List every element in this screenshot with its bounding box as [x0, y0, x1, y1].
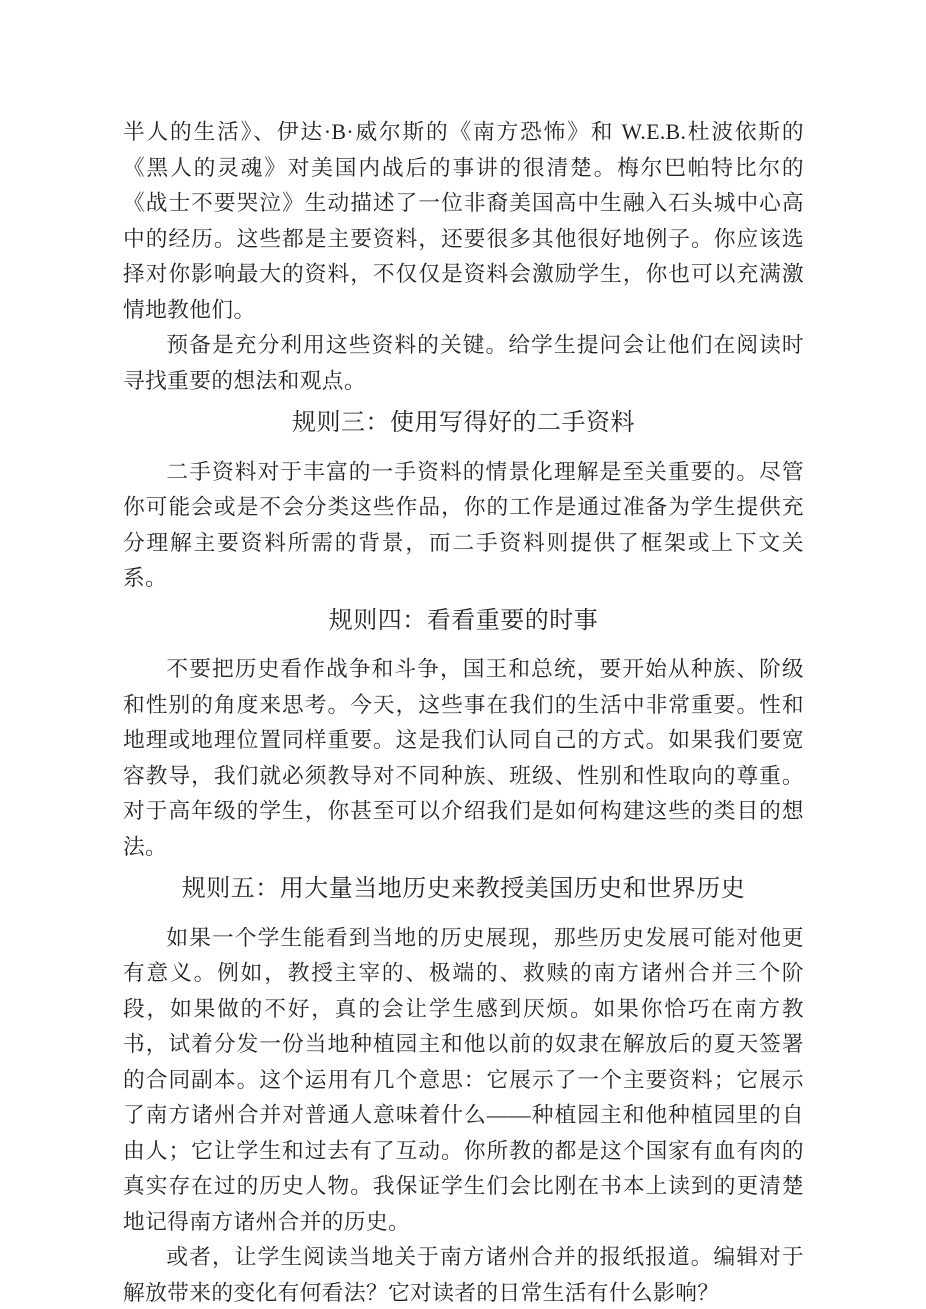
- heading-rule-three: 规则三：使用写得好的二手资料: [123, 406, 804, 442]
- paragraph-preparation: 预备是充分利用这些资料的关键。给学生提问会让他们在阅读时寻找重要的想法和观点。: [123, 328, 804, 399]
- document-page: 半人的生活》、伊达·B·威尔斯的《南方恐怖》和 W.E.B.杜波依斯的《黑人的灵…: [0, 0, 926, 1309]
- paragraph-current-events: 不要把历史看作战争和斗争，国王和总统，要开始从种族、阶级和性别的角度来思考。今天…: [123, 652, 804, 865]
- paragraph-continuation-primary-sources: 半人的生活》、伊达·B·威尔斯的《南方恐怖》和 W.E.B.杜波依斯的《黑人的灵…: [123, 115, 804, 328]
- paragraph-local-history: 如果一个学生能看到当地的历史展现，那些历史发展可能对他更有意义。例如，教授主宰的…: [123, 921, 804, 1241]
- heading-rule-five: 规则五：用大量当地历史来教授美国历史和世界历史: [123, 872, 804, 908]
- paragraph-secondary-sources: 二手资料对于丰富的一手资料的情景化理解是至关重要的。尽管你可能会或是不会分类这些…: [123, 455, 804, 597]
- paragraph-newspaper-reports: 或者，让学生阅读当地关于南方诸州合并的报纸报道。编辑对于解放带来的变化有何看法？…: [123, 1240, 804, 1309]
- heading-rule-four: 规则四：看看重要的时事: [123, 604, 804, 640]
- document-text-column: 半人的生活》、伊达·B·威尔斯的《南方恐怖》和 W.E.B.杜波依斯的《黑人的灵…: [123, 115, 804, 1309]
